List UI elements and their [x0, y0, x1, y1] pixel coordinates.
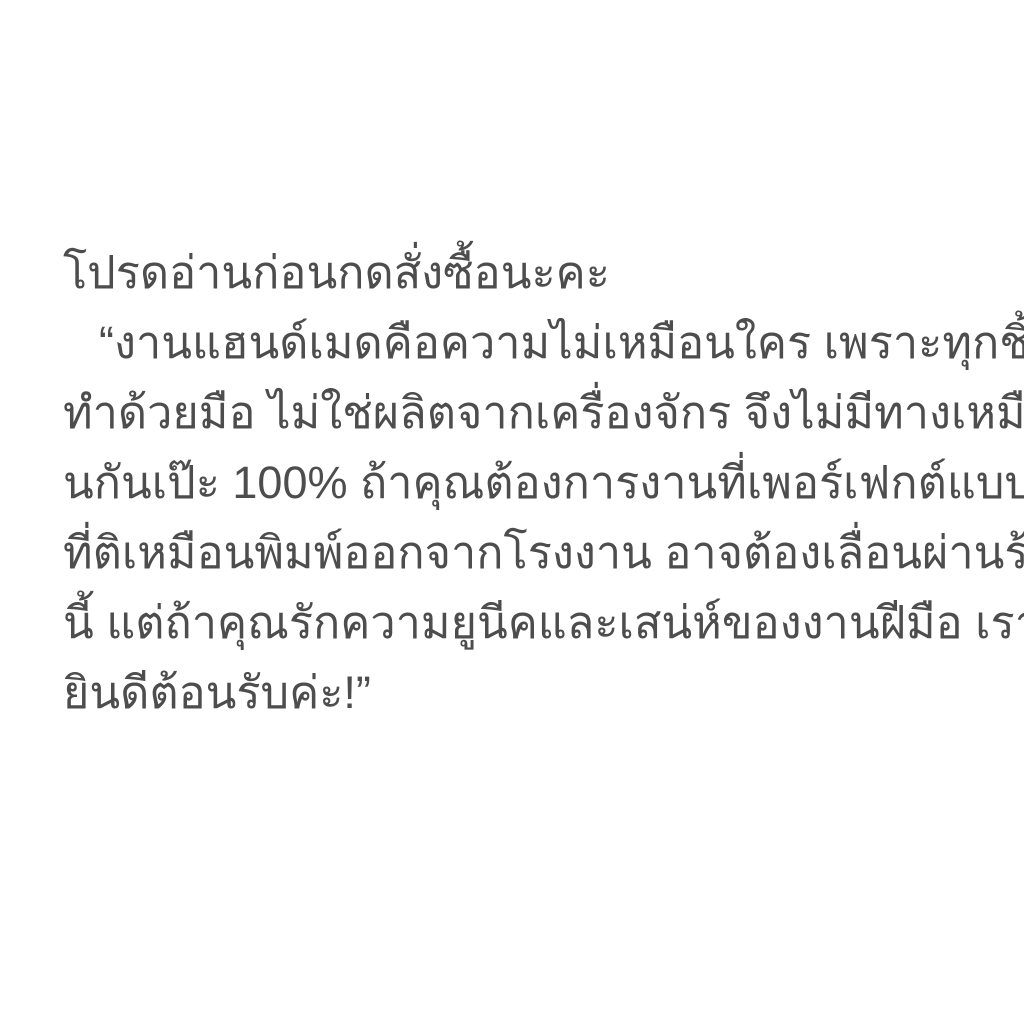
- notice-quote-line-3: นกันเป๊ะ 100% ถ้าคุณต้องการงานที่เพอร์เฟ…: [63, 448, 974, 518]
- notice-quote-line-4: ที่ติเหมือนพิมพ์ออกจากโรงงาน อาจต้องเลื่…: [63, 518, 974, 588]
- notice-quote-line-2: ทำด้วยมือ ไม่ใช่ผลิตจากเครื่องจักร จึงไม…: [63, 378, 974, 448]
- notice-quote-line-1: “งานแฮนด์เมดคือความไม่เหมือนใคร เพราะทุก…: [63, 308, 974, 378]
- shop-notice-text: โปรดอ่านก่อนกดสั่งซื้อนะคะ “งานแฮนด์เมดค…: [63, 238, 974, 728]
- notice-heading: โปรดอ่านก่อนกดสั่งซื้อนะคะ: [63, 238, 974, 308]
- notice-quote-line-6: ยินดีต้อนรับค่ะ!”: [63, 658, 974, 728]
- notice-quote-line-5: นี้ แต่ถ้าคุณรักความยูนีคและเสน่ห์ของงาน…: [63, 588, 974, 658]
